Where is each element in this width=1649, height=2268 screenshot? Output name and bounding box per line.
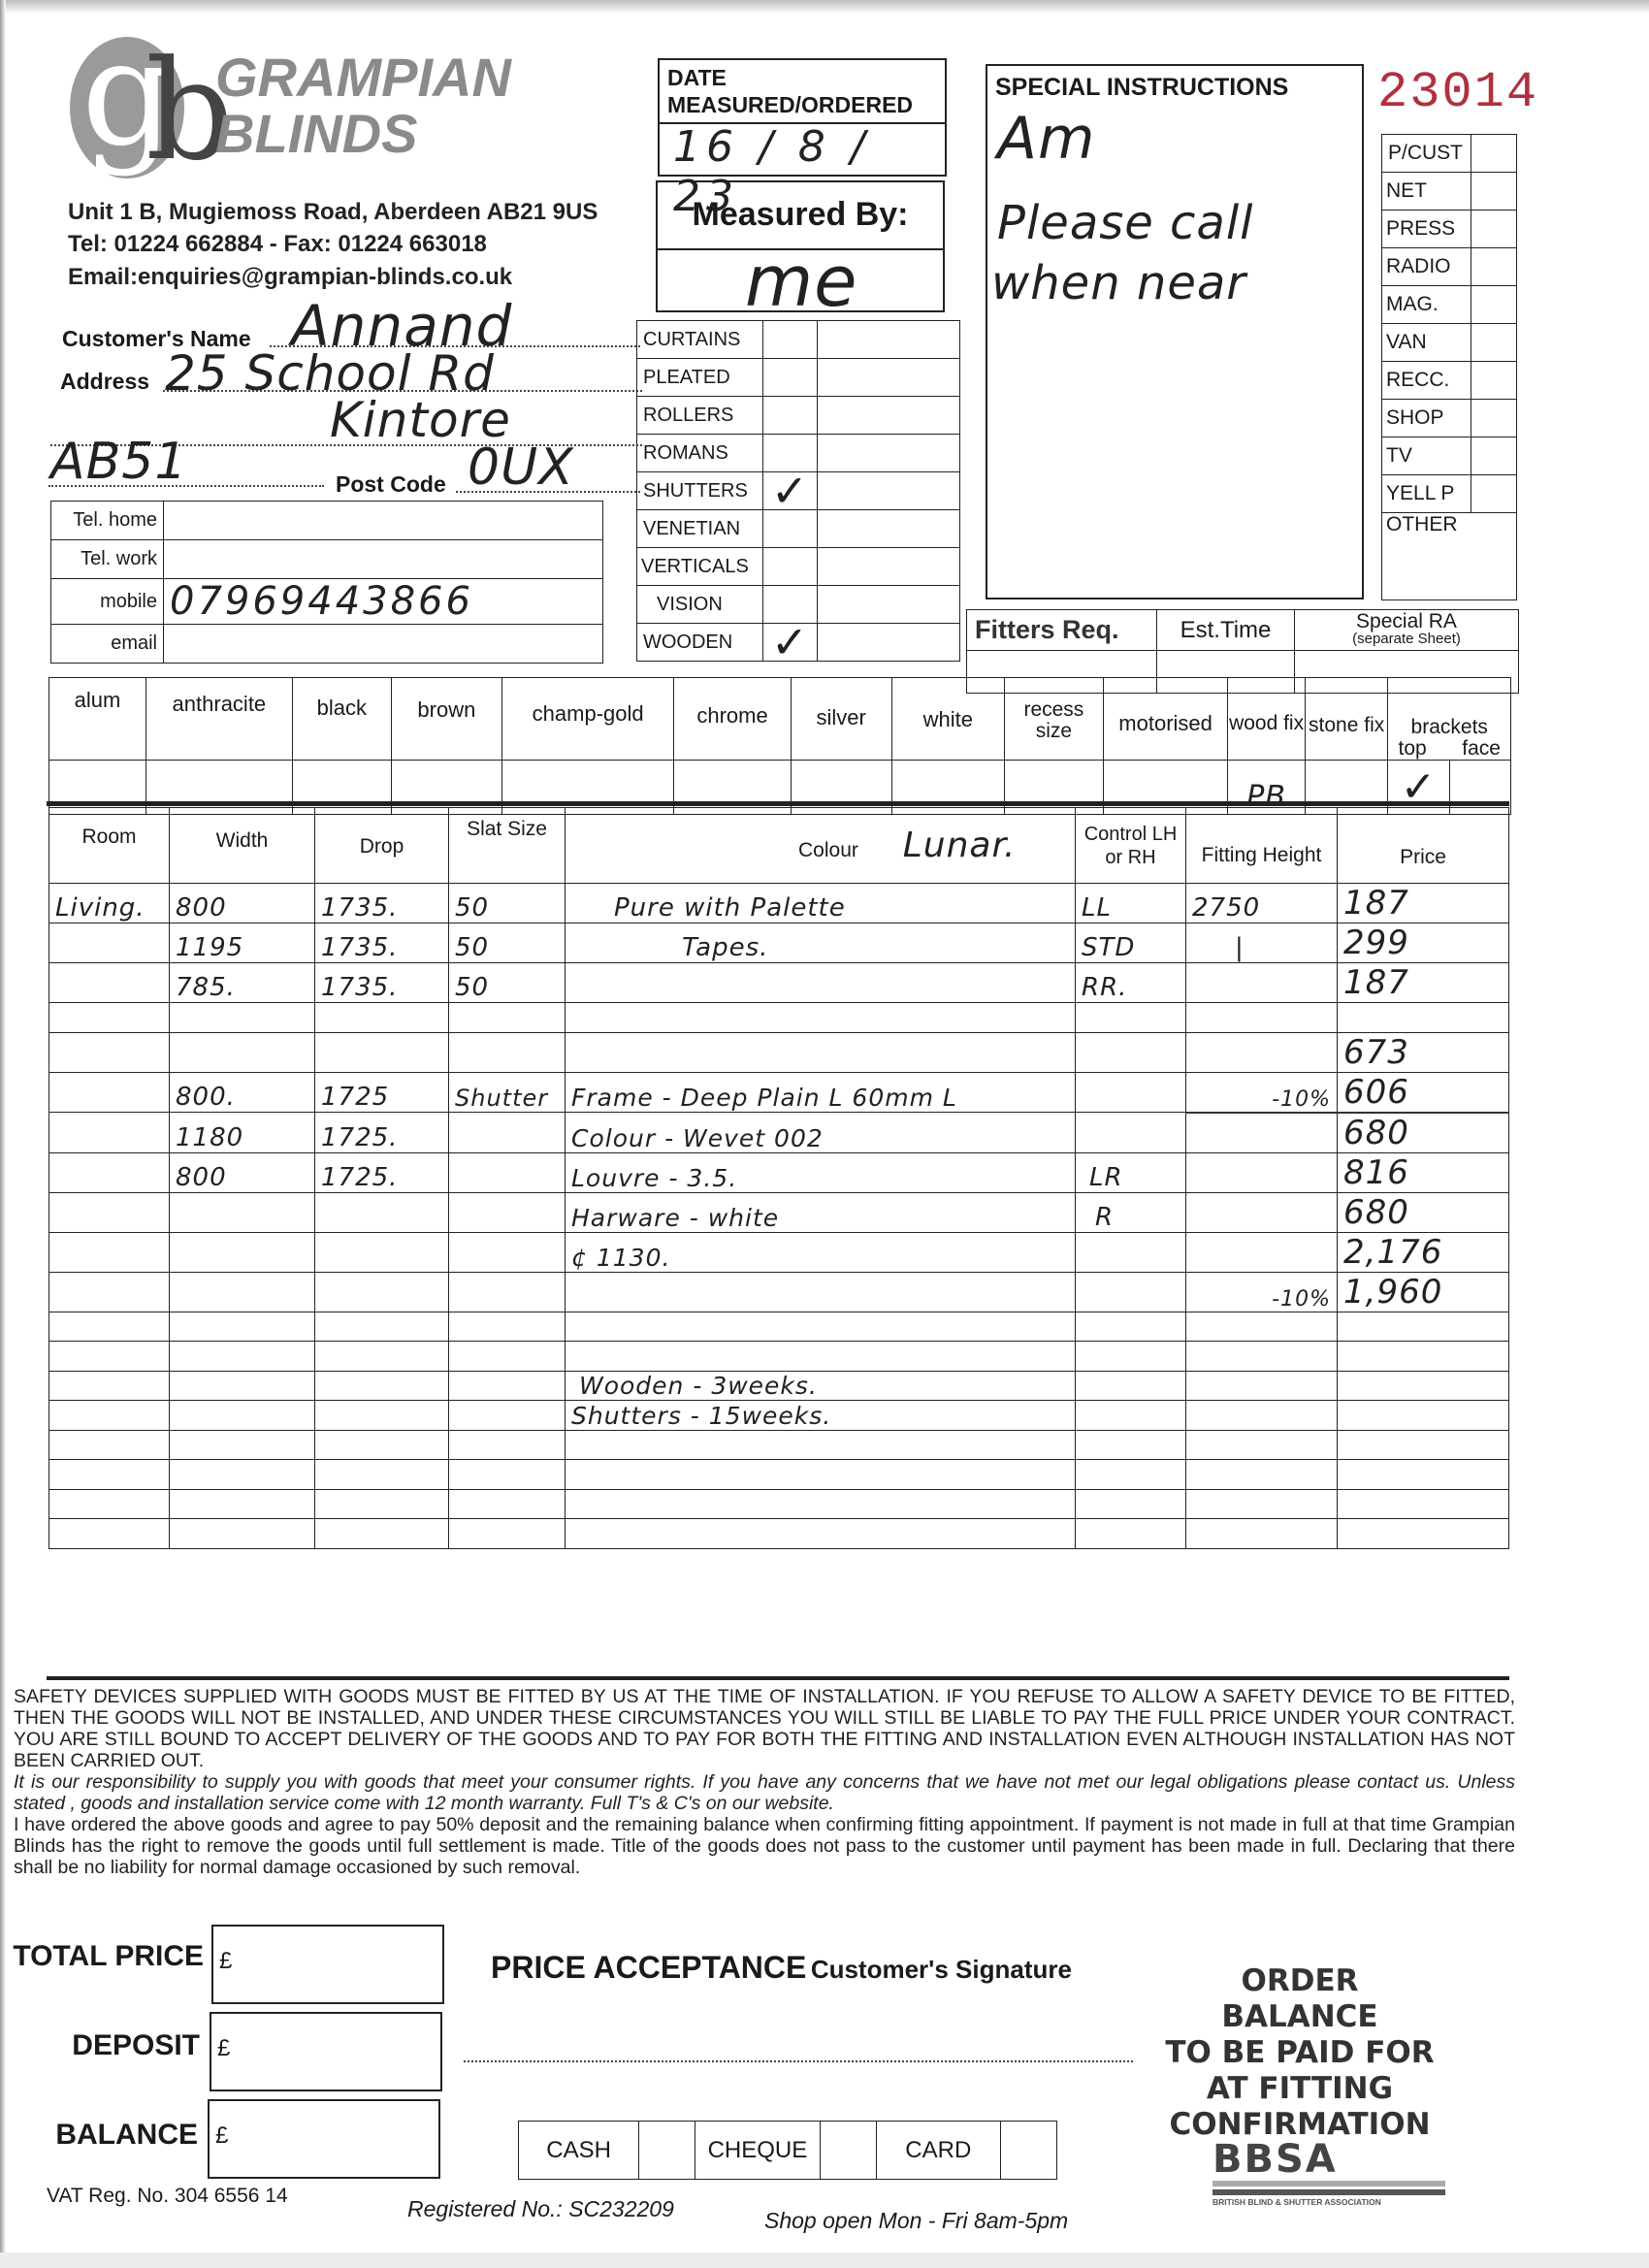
special-instructions-label: SPECIAL INSTRUCTIONS: [995, 74, 1288, 102]
cell-slat[interactable]: [449, 1460, 566, 1490]
cell-slat[interactable]: [449, 1371, 566, 1401]
cell-width[interactable]: [170, 1032, 315, 1072]
payment-method-cheque-checkbox[interactable]: [820, 2122, 876, 2180]
cell-colour[interactable]: Harware - white: [566, 1192, 1076, 1232]
source-checkbox[interactable]: [1471, 135, 1517, 173]
cell-drop[interactable]: [315, 1519, 449, 1549]
cell-width[interactable]: [170, 1371, 315, 1401]
cell-room[interactable]: [49, 1312, 170, 1342]
cell-slat[interactable]: [449, 1342, 566, 1372]
source-checkbox[interactable]: [1471, 400, 1517, 437]
cell-fitting-height[interactable]: |: [1186, 923, 1338, 963]
option-header-champ-gold: champ-gold: [501, 678, 673, 761]
cell-drop[interactable]: [315, 1342, 449, 1372]
source-row-other: OTHER: [1382, 513, 1517, 600]
product-type-notes[interactable]: [818, 397, 960, 435]
postcode-value: 0UX: [468, 438, 574, 497]
source-checkbox[interactable]: [1471, 286, 1517, 324]
cell-colour[interactable]: Frame - Deep Plain L 60mm L: [566, 1072, 1076, 1113]
cell-drop[interactable]: [315, 1371, 449, 1401]
cell-width[interactable]: [170, 1430, 315, 1460]
product-type-row: SHUTTERS✓: [637, 472, 960, 510]
cell-slat[interactable]: Shutter: [449, 1072, 566, 1113]
table-row: 800.1725ShutterFrame - Deep Plain L 60mm…: [49, 1072, 1509, 1113]
header-slat-size: Slat Size: [449, 808, 566, 884]
source-row: RADIO: [1382, 248, 1517, 286]
cell-drop[interactable]: [315, 1460, 449, 1490]
cell-room[interactable]: [49, 1430, 170, 1460]
cell-colour[interactable]: [566, 1342, 1076, 1372]
cell-control[interactable]: [1076, 1430, 1186, 1460]
source-checkbox[interactable]: [1471, 437, 1517, 475]
deposit-label: DEPOSIT: [10, 2029, 200, 2062]
cell-fitting-height[interactable]: [1186, 1032, 1338, 1072]
cell-price[interactable]: 680: [1338, 1113, 1509, 1153]
special-ra-sublabel: (separate Sheet): [1295, 631, 1518, 648]
customer-signature-label: Customer's Signature: [811, 1955, 1072, 1984]
cell-slat[interactable]: [449, 1519, 566, 1549]
safety-notice: SAFETY DEVICES SUPPLIED WITH GOODS MUST …: [14, 1686, 1515, 1771]
cell-fitting-height[interactable]: 2750: [1186, 884, 1338, 923]
option-header-recess-size: recess size: [1004, 678, 1103, 761]
deposit-field[interactable]: £: [210, 2012, 442, 2091]
cell-control[interactable]: [1076, 1113, 1186, 1153]
product-type-row: CURTAINS: [637, 321, 960, 359]
fitters-header-row: Fitters Req. Est.Time Special RA (separa…: [967, 610, 1519, 651]
cell-room[interactable]: [49, 1401, 170, 1431]
cell-control[interactable]: [1076, 1342, 1186, 1372]
cell-drop[interactable]: [315, 1232, 449, 1272]
cell-control[interactable]: [1076, 1032, 1186, 1072]
source-row: TV: [1382, 437, 1517, 475]
cell-control[interactable]: [1076, 1371, 1186, 1401]
company-email: Email:enquiries@grampian-blinds.co.uk: [68, 264, 512, 291]
cell-control[interactable]: RR.: [1076, 963, 1186, 1003]
cell-width[interactable]: 785.: [170, 963, 315, 1003]
cell-slat[interactable]: [449, 1003, 566, 1033]
cell-room[interactable]: Living.: [49, 884, 170, 923]
legal-terms: SAFETY DEVICES SUPPLIED WITH GOODS MUST …: [14, 1686, 1515, 1878]
option-header-wood-fix: wood fix: [1228, 678, 1306, 761]
total-price-field[interactable]: £: [211, 1925, 444, 2004]
source-row: SHOP: [1382, 400, 1517, 437]
cell-width[interactable]: [170, 1401, 315, 1431]
product-type-notes[interactable]: [818, 586, 960, 624]
cell-colour[interactable]: Wooden - 3weeks.: [566, 1371, 1076, 1401]
cell-colour[interactable]: [566, 1032, 1076, 1072]
product-type-row: WOODEN✓: [637, 624, 960, 662]
cell-slat[interactable]: [449, 1113, 566, 1153]
options-table: alum anthracite black brown champ-gold c…: [48, 677, 1511, 815]
source-checkbox[interactable]: [1471, 211, 1517, 248]
table-row: [49, 1003, 1509, 1033]
cell-fitting-height[interactable]: [1186, 1342, 1338, 1372]
cell-fitting-height[interactable]: [1186, 1003, 1338, 1033]
contact-label: Tel. work: [51, 540, 164, 579]
cell-colour[interactable]: [566, 1460, 1076, 1490]
items-table-bottom-rule: [47, 1676, 1509, 1680]
option-header-chrome: chrome: [674, 678, 791, 761]
source-label: RECC.: [1382, 362, 1471, 400]
cell-width[interactable]: [170, 1460, 315, 1490]
contact-row: email: [51, 625, 603, 664]
product-type-label: SHUTTERS: [637, 472, 763, 510]
option-header-brown: brown: [391, 678, 501, 761]
cell-colour[interactable]: Shutters - 15weeks.: [566, 1401, 1076, 1431]
cell-slat[interactable]: [449, 1430, 566, 1460]
source-row: YELL P: [1382, 475, 1517, 513]
address-label: Address: [60, 369, 149, 395]
cell-drop[interactable]: [315, 1312, 449, 1342]
cell-slat[interactable]: 50: [449, 923, 566, 963]
cell-width[interactable]: [170, 1489, 315, 1519]
cell-width[interactable]: [170, 1192, 315, 1232]
header-price: Price: [1338, 808, 1509, 884]
tel-home-field[interactable]: [164, 502, 603, 540]
postcode-label: Post Code: [336, 471, 446, 498]
cell-room[interactable]: [49, 1192, 170, 1232]
bbsa-logo-subtitle: BRITISH BLIND & SHUTTER ASSOCIATION: [1212, 2197, 1445, 2207]
source-checkbox[interactable]: [1471, 173, 1517, 211]
email-field[interactable]: [164, 625, 603, 664]
cell-fitting-height[interactable]: [1186, 1113, 1338, 1153]
product-type-checkbox[interactable]: [763, 548, 818, 586]
items-table-top-rule: [47, 801, 1509, 806]
payment-method-cash-checkbox[interactable]: [639, 2122, 695, 2180]
cell-slat[interactable]: [449, 1232, 566, 1272]
registered-number: Registered No.: SC232209: [407, 2196, 674, 2222]
items-header-row: Room Width Drop Slat Size Colour Lunar. …: [49, 808, 1509, 884]
cell-colour[interactable]: Colour - Wevet 002: [566, 1113, 1076, 1153]
cell-discount[interactable]: -10%: [1186, 1072, 1338, 1113]
est-time-label: Est.Time: [1157, 610, 1295, 651]
payment-method-card-checkbox[interactable]: [1001, 2122, 1057, 2180]
header-colour-note: Lunar.: [903, 826, 1017, 865]
cell-control[interactable]: [1076, 1003, 1186, 1033]
source-label: NET: [1382, 173, 1471, 211]
cell-width[interactable]: [170, 1003, 315, 1033]
cell-colour[interactable]: [566, 963, 1076, 1003]
cell-room[interactable]: [49, 1032, 170, 1072]
product-type-checkbox[interactable]: [763, 321, 818, 359]
contact-row: Tel. home: [51, 502, 603, 540]
source-row: VAN: [1382, 324, 1517, 362]
option-header-alum: alum: [49, 678, 146, 761]
price-acceptance: PRICE ACCEPTANCE Customer's Signature: [491, 1950, 1072, 1986]
cell-price[interactable]: [1338, 1430, 1509, 1460]
cell-fitting-height[interactable]: [1186, 1401, 1338, 1431]
product-type-checkbox[interactable]: ✓: [763, 472, 818, 510]
cell-control[interactable]: [1076, 1272, 1186, 1312]
cell-subtotal-shutters[interactable]: 2,176: [1338, 1232, 1509, 1272]
cell-control[interactable]: [1076, 1519, 1186, 1549]
cell-discount[interactable]: -10%: [1186, 1272, 1338, 1312]
cell-colour[interactable]: Louvre - 3.5.: [566, 1152, 1076, 1192]
product-type-label: ROMANS: [637, 435, 763, 472]
cell-control[interactable]: [1076, 1232, 1186, 1272]
product-type-checkbox[interactable]: ✓: [763, 624, 818, 662]
option-header-anthracite: anthracite: [145, 678, 292, 761]
cell-fitting-height[interactable]: [1186, 1489, 1338, 1519]
source-checkbox[interactable]: [1471, 324, 1517, 362]
cell-control[interactable]: STD: [1076, 923, 1186, 963]
cell-control[interactable]: [1076, 1401, 1186, 1431]
cell-drop[interactable]: [315, 1272, 449, 1312]
cell-price[interactable]: 187: [1338, 963, 1509, 1003]
product-type-checklist: CURTAINS PLEATED ROLLERS ROMANS SHUTTERS…: [636, 320, 960, 662]
source-label: MAG.: [1382, 286, 1471, 324]
product-type-checkbox[interactable]: [763, 397, 818, 435]
special-instructions-box: SPECIAL INSTRUCTIONS Am Please call when…: [986, 64, 1364, 599]
cell-room[interactable]: [49, 963, 170, 1003]
cell-price[interactable]: [1338, 1519, 1509, 1549]
cell-colour[interactable]: [566, 1519, 1076, 1549]
cell-colour[interactable]: ¢ 1130.: [566, 1232, 1076, 1272]
cell-control[interactable]: [1076, 1312, 1186, 1342]
cell-fitting-height[interactable]: [1186, 1192, 1338, 1232]
product-type-label: VENETIAN: [637, 510, 763, 548]
cell-room[interactable]: [49, 1272, 170, 1312]
cell-discounted-total-shutters[interactable]: 1,960: [1338, 1272, 1509, 1312]
product-type-notes[interactable]: [818, 510, 960, 548]
cell-width[interactable]: 1180: [170, 1113, 315, 1153]
bbsa-logo-stripe-dark: [1212, 2189, 1445, 2195]
cell-width[interactable]: 1195: [170, 923, 315, 963]
cell-width[interactable]: 800: [170, 884, 315, 923]
cell-room[interactable]: [49, 1342, 170, 1372]
source-row: P/CUST: [1382, 135, 1517, 173]
cell-drop[interactable]: [315, 1430, 449, 1460]
cell-width[interactable]: [170, 1232, 315, 1272]
cell-price[interactable]: [1338, 1342, 1509, 1372]
source-checkbox[interactable]: [1471, 475, 1517, 513]
cell-control[interactable]: [1076, 1489, 1186, 1519]
product-type-label: CURTAINS: [637, 321, 763, 359]
source-label: PRESS: [1382, 211, 1471, 248]
table-row: [49, 1312, 1509, 1342]
cell-room[interactable]: [49, 1232, 170, 1272]
vat-reg-number: VAT Reg. No. 304 6556 14: [47, 2185, 288, 2208]
product-type-notes[interactable]: [818, 472, 960, 510]
contact-row: Tel. work: [51, 540, 603, 579]
special-instructions-line2[interactable]: Please call: [997, 196, 1254, 250]
measured-by-box: Measured By: me: [656, 180, 945, 312]
cell-width[interactable]: [170, 1519, 315, 1549]
cell-slat[interactable]: [449, 1032, 566, 1072]
cell-slat[interactable]: [449, 1272, 566, 1312]
mobile-field[interactable]: 07969443866: [164, 579, 603, 625]
header-room: Room: [49, 808, 170, 884]
cell-slat[interactable]: [449, 1152, 566, 1192]
header-drop: Drop: [315, 808, 449, 884]
cell-fitting-height[interactable]: [1186, 1152, 1338, 1192]
table-row: 11801725.Colour - Wevet 002680: [49, 1113, 1509, 1153]
product-type-notes[interactable]: [818, 624, 960, 662]
cell-price[interactable]: 187: [1338, 884, 1509, 923]
cell-width[interactable]: [170, 1342, 315, 1372]
cell-drop[interactable]: 1735.: [315, 884, 449, 923]
cell-room[interactable]: [49, 1371, 170, 1401]
cell-control[interactable]: R: [1076, 1192, 1186, 1232]
cell-price[interactable]: 299: [1338, 923, 1509, 963]
cell-fitting-height[interactable]: [1186, 1519, 1338, 1549]
cell-control[interactable]: [1076, 1072, 1186, 1113]
address-line3-value: AB51: [50, 433, 187, 491]
source-checkbox[interactable]: [1471, 362, 1517, 400]
product-type-row: VERTICALS: [637, 548, 960, 586]
cell-colour[interactable]: [566, 1272, 1076, 1312]
bbsa-logo: BBSA BRITISH BLIND & SHUTTER ASSOCIATION: [1212, 2140, 1445, 2207]
cell-slat[interactable]: [449, 1192, 566, 1232]
brackets-label: brackets: [1388, 717, 1510, 738]
payment-method-cash-label: CASH: [519, 2122, 639, 2180]
cell-room[interactable]: [49, 1003, 170, 1033]
cell-slat[interactable]: 50: [449, 963, 566, 1003]
measured-by-value[interactable]: me: [745, 241, 857, 322]
cell-colour[interactable]: [566, 1489, 1076, 1519]
order-balance-line3: AT FITTING: [1164, 2071, 1436, 2107]
cell-room[interactable]: [49, 1113, 170, 1153]
cell-drop[interactable]: 1725.: [315, 1152, 449, 1192]
consumer-rights-notice: It is our responsibility to supply you w…: [14, 1771, 1515, 1814]
cell-slat[interactable]: 50: [449, 884, 566, 923]
order-balance-line2: TO BE PAID FOR: [1164, 2035, 1436, 2071]
brackets-sublabels: top face: [1388, 738, 1510, 760]
cell-drop[interactable]: [315, 1032, 449, 1072]
cell-room[interactable]: [49, 1519, 170, 1549]
cell-control[interactable]: [1076, 1460, 1186, 1490]
cell-drop[interactable]: 1735.: [315, 963, 449, 1003]
product-type-row: PLEATED: [637, 359, 960, 397]
order-balance-notice: ORDER BALANCE TO BE PAID FOR AT FITTING …: [1164, 1963, 1436, 2143]
special-instructions-line1[interactable]: Am: [997, 105, 1096, 173]
product-type-checkbox[interactable]: [763, 359, 818, 397]
source-checkbox[interactable]: [1471, 248, 1517, 286]
cell-slat[interactable]: [449, 1401, 566, 1431]
customer-signature-line[interactable]: [464, 2060, 1133, 2062]
header-width: Width: [170, 808, 315, 884]
cell-fitting-height[interactable]: [1186, 1232, 1338, 1272]
company-phone-fax: Tel: 01224 662884 - Fax: 01224 663018: [68, 231, 487, 258]
option-header-brackets: brackets top face: [1388, 678, 1511, 761]
balance-field[interactable]: £: [208, 2099, 440, 2179]
company-name-line2: BLINDS: [215, 107, 417, 161]
cell-discounted-total-blinds[interactable]: 606: [1338, 1072, 1509, 1113]
cell-fitting-height[interactable]: [1186, 1312, 1338, 1342]
cell-fitting-height[interactable]: [1186, 1430, 1338, 1460]
cell-room[interactable]: [49, 1460, 170, 1490]
cell-slat[interactable]: [449, 1489, 566, 1519]
company-address: Unit 1 B, Mugiemoss Road, Aberdeen AB21 …: [68, 199, 598, 226]
cell-room[interactable]: [49, 1489, 170, 1519]
payment-method-cheque-label: CHEQUE: [695, 2122, 820, 2180]
cell-fitting-height[interactable]: [1186, 963, 1338, 1003]
cell-drop[interactable]: 1725: [315, 1072, 449, 1113]
cell-drop[interactable]: 1735.: [315, 923, 449, 963]
brackets-top-label: top: [1398, 738, 1426, 760]
cell-drop[interactable]: [315, 1003, 449, 1033]
table-row: Living.8001735.50Pure with PaletteLL2750…: [49, 884, 1509, 923]
source-other-field[interactable]: OTHER: [1382, 513, 1517, 600]
product-type-notes[interactable]: [818, 321, 960, 359]
scan-shadow-top: [0, 0, 1649, 14]
cell-drop[interactable]: [315, 1192, 449, 1232]
price-acceptance-title: PRICE ACCEPTANCE: [491, 1950, 806, 1985]
date-label: DATE MEASURED/ORDERED: [667, 64, 913, 118]
cell-room[interactable]: [49, 1072, 170, 1113]
special-instructions-line3[interactable]: when near: [991, 256, 1246, 310]
cell-price[interactable]: [1338, 1460, 1509, 1490]
items-table: Room Width Drop Slat Size Colour Lunar. …: [48, 807, 1509, 1549]
contact-label: Tel. home: [51, 502, 164, 540]
cell-drop[interactable]: [315, 1489, 449, 1519]
product-type-notes[interactable]: [818, 435, 960, 472]
cell-width[interactable]: 800.: [170, 1072, 315, 1113]
cell-price[interactable]: 816: [1338, 1152, 1509, 1192]
table-row: Harware - whiteR680: [49, 1192, 1509, 1232]
cell-colour[interactable]: [566, 1312, 1076, 1342]
shop-hours: Shop open Mon - Fri 8am-5pm: [764, 2208, 1068, 2234]
product-type-notes[interactable]: [818, 359, 960, 397]
source-row: PRESS: [1382, 211, 1517, 248]
cell-room[interactable]: [49, 1152, 170, 1192]
cell-subtotal-blinds[interactable]: 673: [1338, 1032, 1509, 1072]
cell-fitting-height[interactable]: [1186, 1460, 1338, 1490]
tel-work-field[interactable]: [164, 540, 603, 579]
cell-drop[interactable]: 1725.: [315, 1113, 449, 1153]
cell-colour[interactable]: Tapes.: [566, 923, 1076, 963]
balance-label: BALANCE: [10, 2119, 198, 2152]
option-header-black: black: [292, 678, 391, 761]
cell-price[interactable]: 680: [1338, 1192, 1509, 1232]
header-fitting-height: Fitting Height: [1186, 808, 1338, 884]
source-label: TV: [1382, 437, 1471, 475]
options-header-row: alum anthracite black brown champ-gold c…: [49, 678, 1511, 761]
cell-drop[interactable]: [315, 1401, 449, 1431]
payment-method-table: CASH CHEQUE CARD: [518, 2121, 1057, 2180]
table-row: [49, 1430, 1509, 1460]
cell-price[interactable]: [1338, 1371, 1509, 1401]
table-row: ¢ 1130.2,176: [49, 1232, 1509, 1272]
cell-price[interactable]: [1338, 1401, 1509, 1431]
cell-price[interactable]: [1338, 1003, 1509, 1033]
cell-room[interactable]: [49, 923, 170, 963]
option-header-silver: silver: [791, 678, 891, 761]
cell-slat[interactable]: [449, 1312, 566, 1342]
header-control: Control LH or RH: [1076, 808, 1186, 884]
cell-colour[interactable]: [566, 1003, 1076, 1033]
cell-price[interactable]: [1338, 1312, 1509, 1342]
product-type-label: ROLLERS: [637, 397, 763, 435]
cell-width[interactable]: [170, 1272, 315, 1312]
cell-control[interactable]: LL: [1076, 884, 1186, 923]
product-type-notes[interactable]: [818, 548, 960, 586]
cell-colour[interactable]: [566, 1430, 1076, 1460]
cell-price[interactable]: [1338, 1489, 1509, 1519]
table-row: 785.1735.50RR.187: [49, 963, 1509, 1003]
date-label-line2: MEASURED/ORDERED: [667, 91, 913, 118]
header-colour: Colour Lunar.: [566, 808, 1076, 884]
cell-width[interactable]: 800: [170, 1152, 315, 1192]
cell-width[interactable]: [170, 1312, 315, 1342]
product-type-row: ROLLERS: [637, 397, 960, 435]
cell-fitting-height[interactable]: [1186, 1371, 1338, 1401]
table-row: 673: [49, 1032, 1509, 1072]
cell-control[interactable]: LR: [1076, 1152, 1186, 1192]
company-name-line1: GRAMPIAN: [215, 50, 511, 105]
cell-colour[interactable]: Pure with Palette: [566, 884, 1076, 923]
source-row: NET: [1382, 173, 1517, 211]
